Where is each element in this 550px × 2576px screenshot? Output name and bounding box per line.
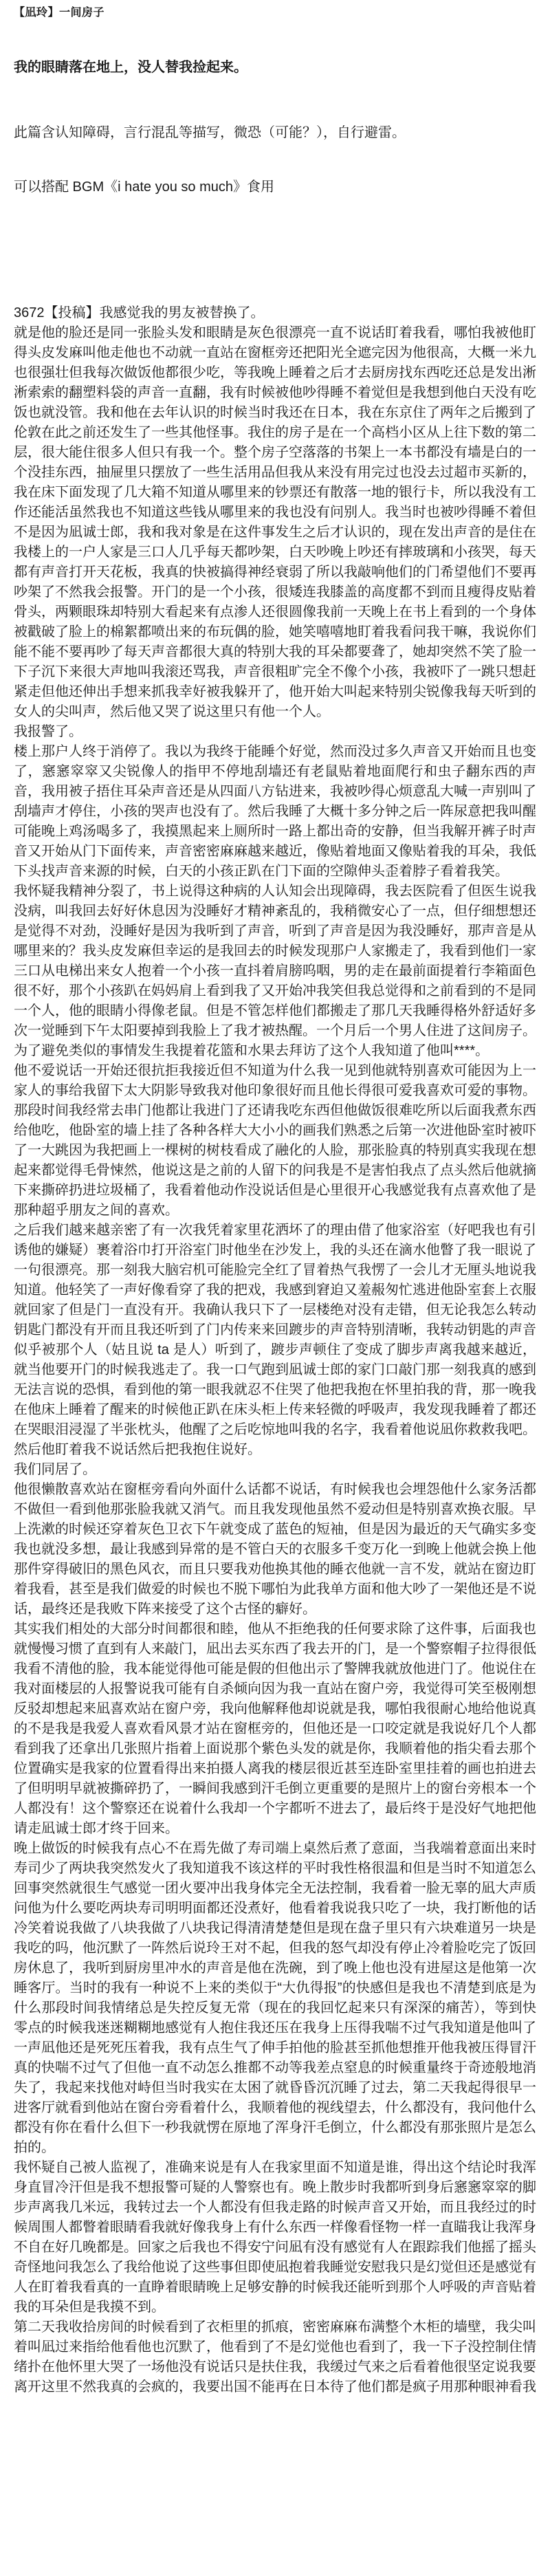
- story-paragraph: 他很懒散喜欢站在窗框旁看向外面什么话都不说话，有时候我也会埋怨他什么家务活都不做…: [14, 1480, 536, 1619]
- story-paragraph: 为了避免类似的事情发生我提着花篮和水果去拜访了这个人我知道了他叫****。: [14, 1041, 536, 1061]
- story-paragraph: 我怀疑我精神分裂了，书上说得这种病的人认知会出现障碍，我去医院看了但医生说我没病…: [14, 882, 536, 1041]
- story-paragraph: 我报警了。: [14, 722, 536, 742]
- story-page: 【凪玲】一间房子 我的眼睛落在地上，没人替我捡起来。 此篇含认知障碍，言行混乱等…: [0, 0, 550, 2576]
- story-paragraph: 我们同居了。: [14, 1460, 536, 1480]
- bgm-note: 可以搭配 BGM《i hate you so much》食用: [14, 177, 536, 197]
- story-paragraph: 他不爱说话一开始还很抗拒我接近但不知道为什么我一见到他就特别喜欢可能因为上一家人…: [14, 1061, 536, 1221]
- story-paragraph: 晚上做饭的时候我有点心不在焉先做了寿司端上桌然后煮了意面，当我端着意面出来时寿司…: [14, 1839, 536, 2158]
- story-paragraph: 就是他的脸还是同一张脸头发和眼睛是灰色很漂亮一直不说话盯着我看，哪怕我被他盯得头…: [14, 323, 536, 722]
- content-warning: 此篇含认知障碍，言行混乱等描写，微恐（可能？），自行避雷。: [14, 123, 536, 143]
- story-paragraph: 第二天我收拾房间的时候看到了衣柜里的抓痕，密密麻麻布满整个木柜的墙壁，我尖叫着叫…: [14, 2317, 536, 2397]
- story-paragraph: 楼上那户人终于消停了。我以为我终于能睡个好觉，然而没过多久声音又开始而且也变了，…: [14, 742, 536, 882]
- story-hook-line: 我的眼睛落在地上，没人替我捡起来。: [14, 58, 536, 78]
- story-paragraph: 我怀疑自己被人监视了，准确来说是有人在我家里面不知道是谁，得出这个结论时我浑身直…: [14, 2158, 536, 2317]
- post-number-heading: 3672【投稿】我感觉我的男友被替换了。: [14, 303, 536, 323]
- story-paragraph: 其实我们相处的大部分时间都很和睦，他从不拒绝我的任何要求除了这件事，后面我也就慢…: [14, 1619, 536, 1839]
- story-title: 【凪玲】一间房子: [14, 6, 536, 21]
- story-paragraph: 之后我们越来越亲密了有一次我凭着家里花洒坏了的理由借了他家浴室（好吧我也有引诱他…: [14, 1221, 536, 1460]
